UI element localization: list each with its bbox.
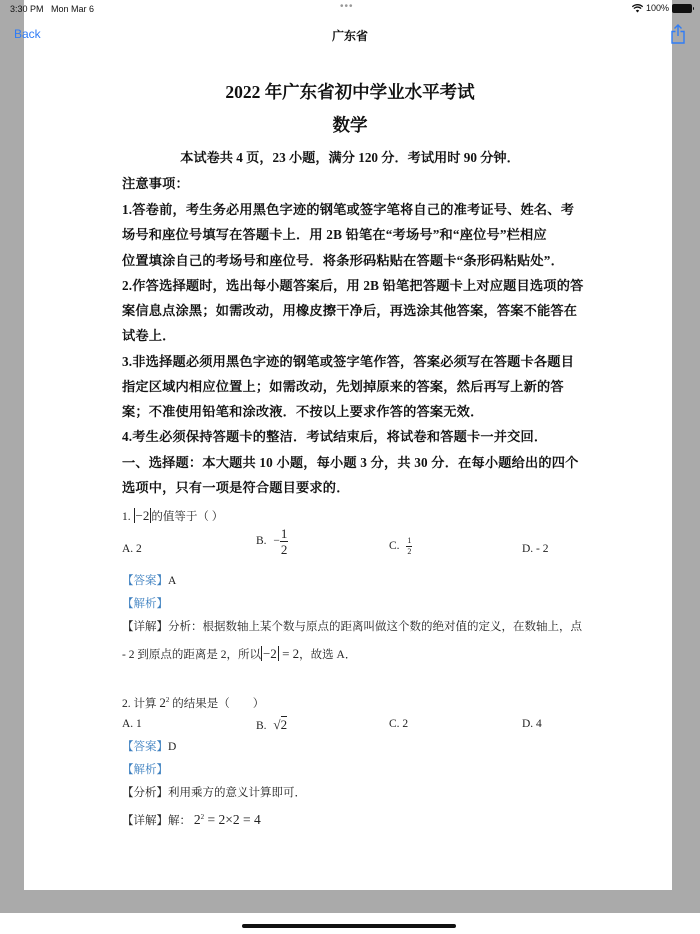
absolute-value: −2 — [134, 508, 152, 523]
question-2-fenxi: 【分析】利用乘方的意义计算即可． — [122, 781, 306, 807]
question-1-option-b: B. −12 — [256, 527, 288, 556]
status-bar: 3:30 PM Mon Mar 6 ••• 100% — [0, 0, 700, 18]
navigation-bar: Back 广东省 — [0, 18, 700, 52]
question-2-option-b: B. √2 — [256, 712, 287, 740]
notice-line: 2.作答选择题时，选出每小题答案后，用 2B 铅笔把答题卡上对应题目选项的答 — [122, 273, 583, 299]
battery-icon — [672, 4, 692, 13]
question-1-option-a: A. 2 — [122, 537, 142, 563]
share-icon[interactable] — [670, 24, 686, 44]
question-2-option-d: D. 4 — [522, 712, 542, 738]
notice-line: 指定区域内相应位置上；如需改动，先划掉原来的答案，然后再写上新的答 — [122, 374, 564, 400]
question-1-option-c: C. 12 — [389, 537, 412, 556]
nav-title: 广东省 — [0, 27, 700, 44]
question-1-stem: 1. −2的值等于（ ） — [122, 503, 223, 531]
notice-heading: 注意事项： — [122, 171, 189, 197]
notice-line: 案信息点涂黑；如需改动，用橡皮擦干净后，再选涂其他答案，答案不能答在 — [122, 298, 577, 324]
wifi-icon — [632, 4, 643, 13]
notice-line: 位置填涂自己的考场号和座位号．将条形码粘贴在答题卡“条形码粘贴处”． — [122, 248, 564, 274]
section-heading: 选项中，只有一项是符合题目要求的． — [122, 475, 350, 501]
battery-percent: 100% — [646, 3, 669, 13]
notice-line: 3.非选择题必须用黑色字迹的钢笔或签字笔作答，答案必须写在答题卡各题目 — [122, 349, 574, 375]
notice-line: 案；不准使用铅笔和涂改液．不按以上要求作答的答案无效． — [122, 399, 483, 425]
notice-line: 1.答卷前，考生务必用黑色字迹的钢笔或签字笔将自己的准考证号、姓名、考 — [122, 197, 574, 223]
question-2-stem: 2. 计算 22 的结果是（ ） — [122, 688, 264, 717]
section-heading: 一、选择题：本大题共 10 小题，每小题 3 分，共 30 分．在每小题给出的四… — [122, 450, 579, 476]
question-1-answer: 【答案】A — [122, 569, 176, 595]
question-2-analysis-label: 【解析】 — [122, 758, 168, 784]
question-1-detail: 【详解】分析：根据数轴上某个数与原点的距离叫做这个数的绝对值的定义，在数轴上，点 — [122, 615, 582, 641]
question-2-option-c: C. 2 — [389, 712, 408, 738]
exam-summary: 本试卷共 4 页，23 小题，满分 120 分．考试用时 90 分钟． — [0, 145, 700, 171]
notice-line: 场号和座位号填写在答题卡上．用 2B 铅笔在“考场号”和“座位号”栏相应 — [122, 222, 547, 248]
question-1-analysis-label: 【解析】 — [122, 592, 168, 618]
question-2-answer: 【答案】D — [122, 735, 176, 761]
status-time: 3:30 PM Mon Mar 6 — [10, 4, 94, 14]
exam-title: 2022 年广东省初中学业水平考试 — [0, 80, 700, 106]
home-indicator[interactable] — [242, 924, 456, 928]
question-2-detail: 【详解】解： 22 = 2×2 = 4 — [122, 805, 261, 834]
question-1-option-d: D. - 2 — [522, 537, 549, 563]
exam-subject: 数学 — [0, 113, 700, 139]
notice-line: 4.考生必须保持答题卡的整洁．考试结束后，将试卷和答题卡一并交回． — [122, 424, 547, 450]
question-2-option-a: A. 1 — [122, 712, 142, 738]
status-right: 100% — [632, 3, 692, 13]
notice-line: 试卷上． — [122, 323, 176, 349]
question-1-detail-cont: - 2 到原点的距离是 2，所以−2 = 2，故选 A． — [122, 641, 356, 669]
multitask-dots-icon[interactable]: ••• — [340, 1, 354, 12]
